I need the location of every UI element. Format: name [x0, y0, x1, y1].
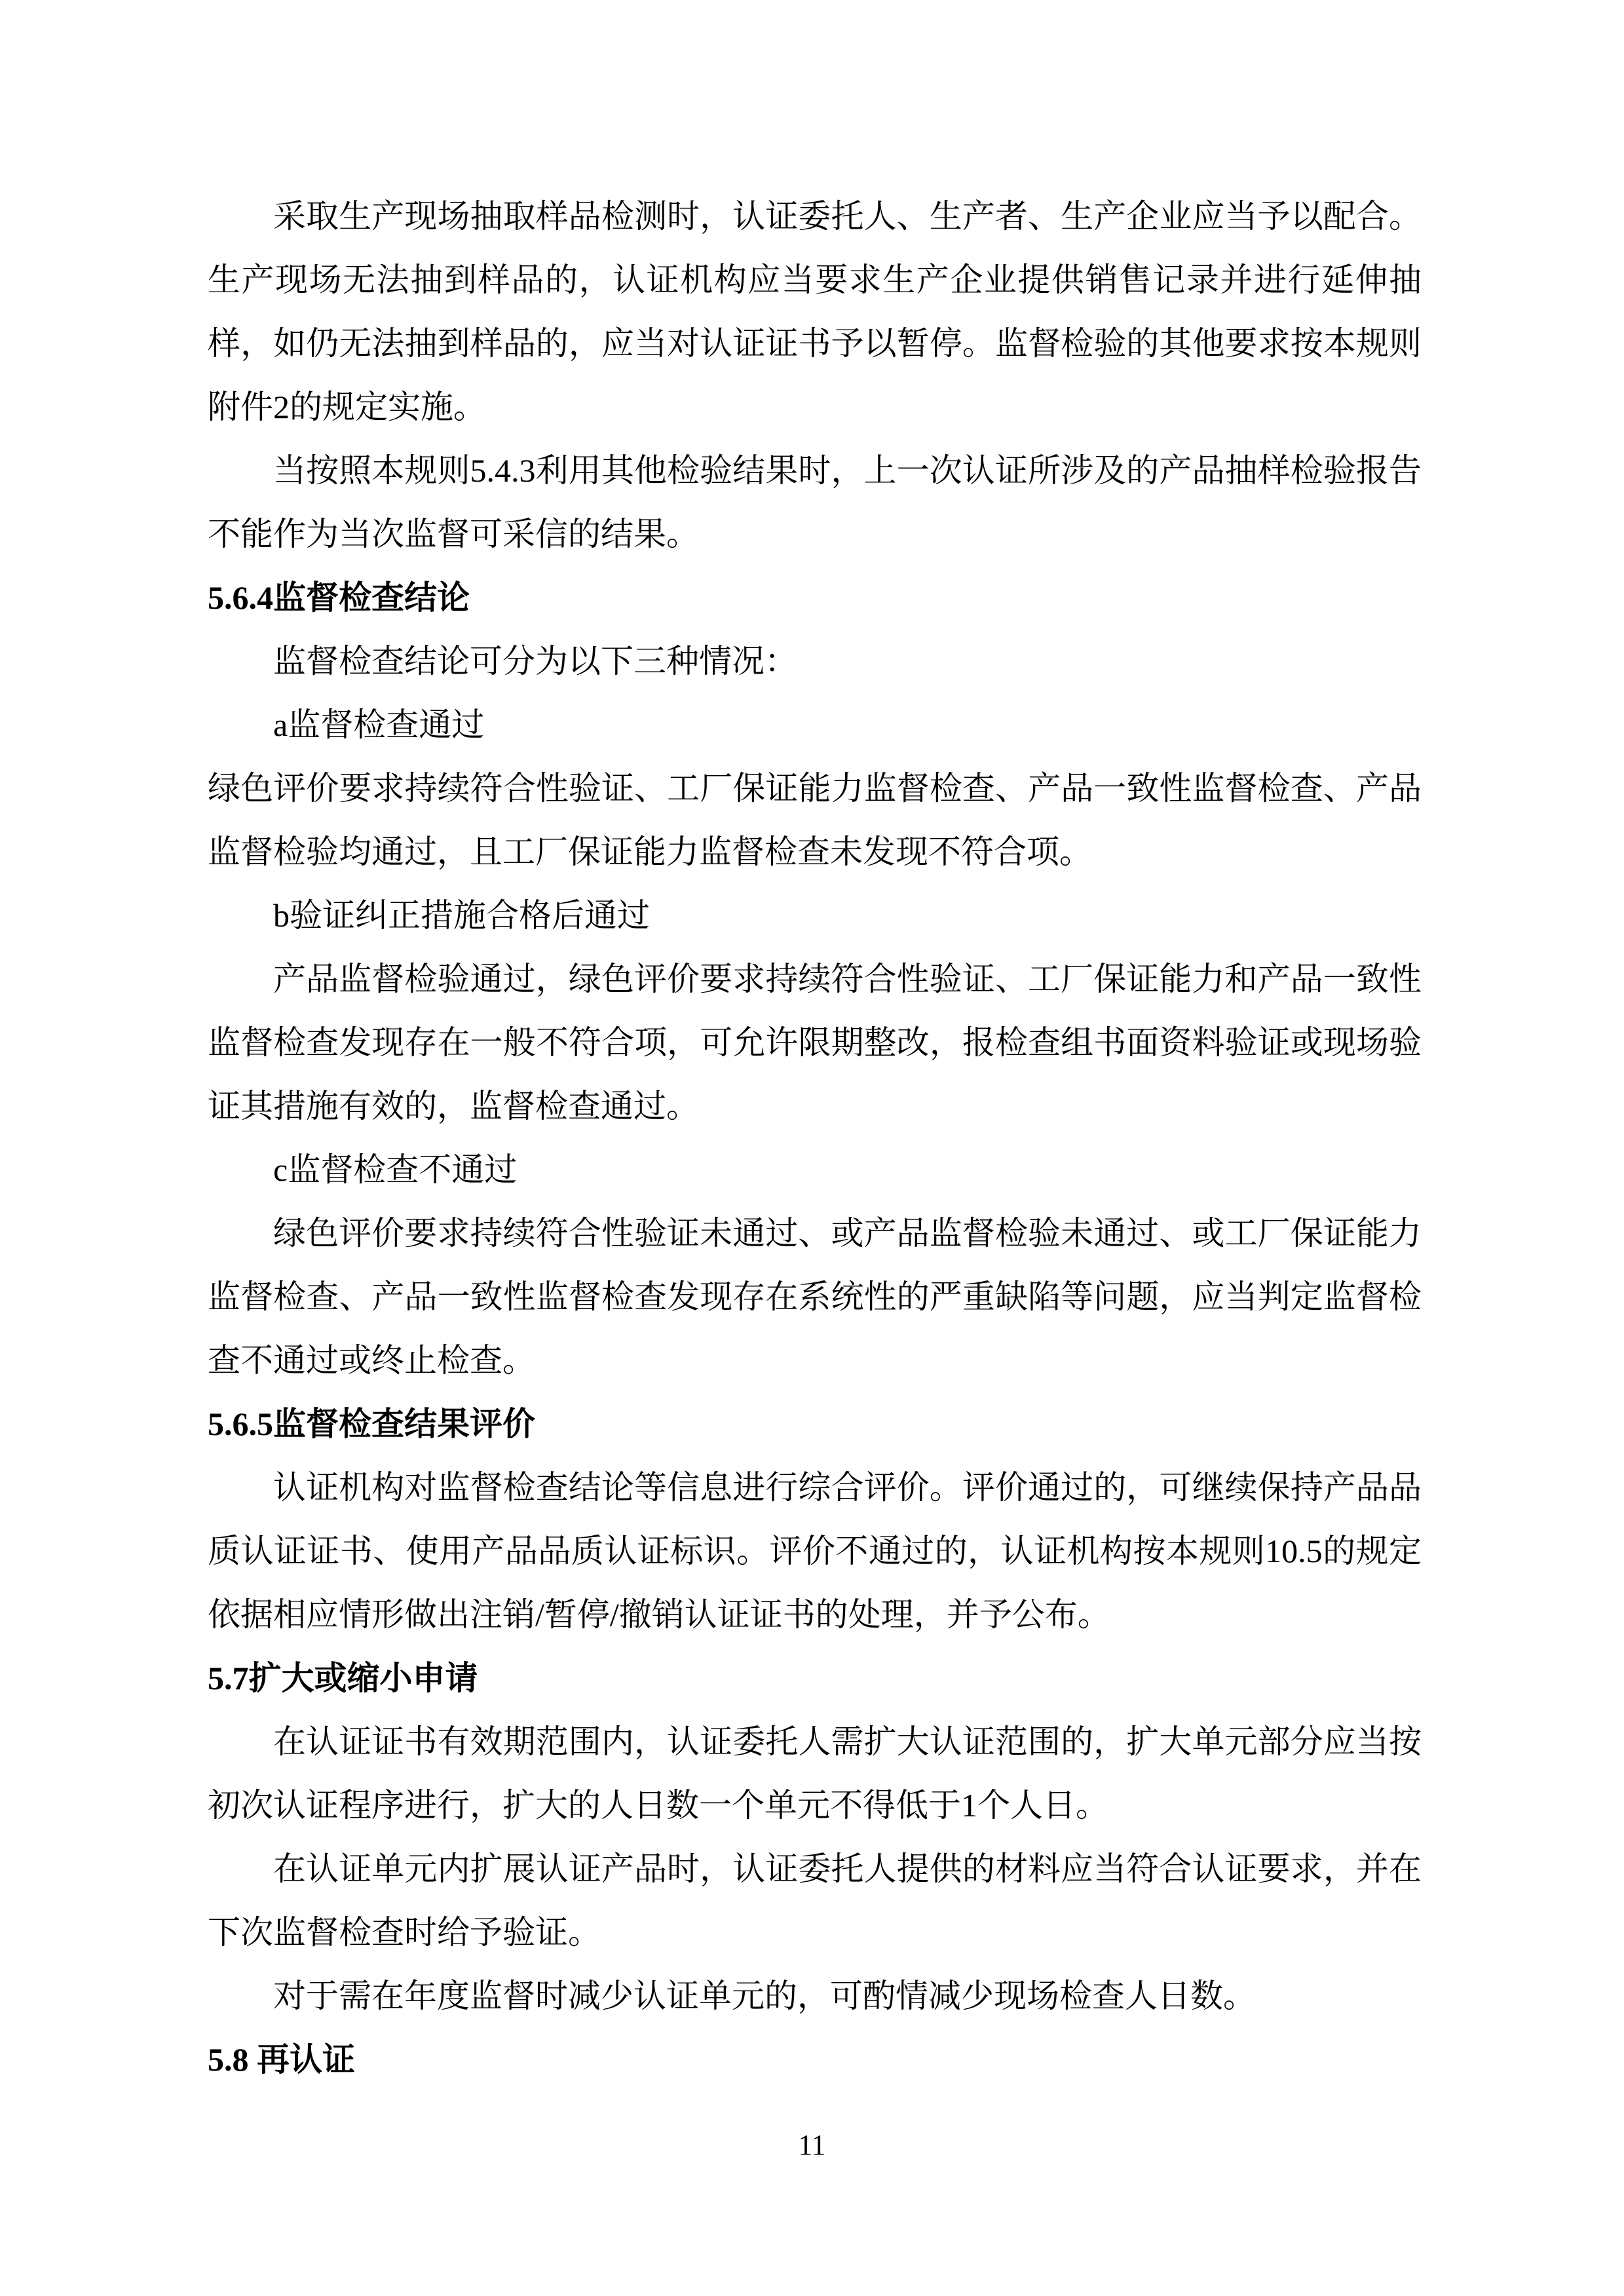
paragraph-other-test-results: 当按照本规则5.4.3利用其他检验结果时，上一次认证所涉及的产品抽样检验报告不能… — [208, 439, 1422, 566]
paragraph-conclusion-intro: 监督检查结论可分为以下三种情况： — [208, 630, 1422, 693]
section-heading-5-6-5: 5.6.5监督检查结果评价 — [208, 1392, 1422, 1456]
document-page: 采取生产现场抽取样品检测时，认证委托人、生产者、生产企业应当予以配合。生产现场无… — [0, 0, 1624, 2296]
paragraph-item-b-title: b验证纠正措施合格后通过 — [208, 884, 1422, 947]
section-heading-5-7: 5.7扩大或缩小申请 — [208, 1647, 1422, 1710]
paragraph-onsite-sampling: 采取生产现场抽取样品检测时，认证委托人、生产者、生产企业应当予以配合。生产现场无… — [208, 185, 1422, 439]
section-heading-5-6-4: 5.6.4监督检查结论 — [208, 566, 1422, 630]
section-heading-5-8: 5.8 再认证 — [208, 2028, 1422, 2092]
paragraph-expand-products: 在认证单元内扩展认证产品时，认证委托人提供的材料应当符合认证要求，并在下次监督检… — [208, 1837, 1422, 1964]
paragraph-item-a-title: a监督检查通过 — [208, 693, 1422, 757]
paragraph-reduce-units: 对于需在年度监督时减少认证单元的，可酌情减少现场检查人日数。 — [208, 1964, 1422, 2028]
document-body: 采取生产现场抽取样品检测时，认证委托人、生产者、生产企业应当予以配合。生产现场无… — [208, 185, 1422, 2092]
paragraph-item-a-detail: 绿色评价要求持续符合性验证、工厂保证能力监督检查、产品一致性监督检查、产品监督检… — [208, 757, 1422, 884]
paragraph-result-evaluation: 认证机构对监督检查结论等信息进行综合评价。评价通过的，可继续保持产品品质认证证书… — [208, 1456, 1422, 1647]
paragraph-item-c-detail: 绿色评价要求持续符合性验证未通过、或产品监督检验未通过、或工厂保证能力监督检查、… — [208, 1202, 1422, 1392]
paragraph-item-c-title: c监督检查不通过 — [208, 1138, 1422, 1202]
paragraph-expand-scope: 在认证证书有效期范围内，认证委托人需扩大认证范围的，扩大单元部分应当按初次认证程… — [208, 1710, 1422, 1837]
page-number: 11 — [0, 2127, 1624, 2164]
paragraph-item-b-detail: 产品监督检验通过，绿色评价要求持续符合性验证、工厂保证能力和产品一致性监督检查发… — [208, 947, 1422, 1138]
